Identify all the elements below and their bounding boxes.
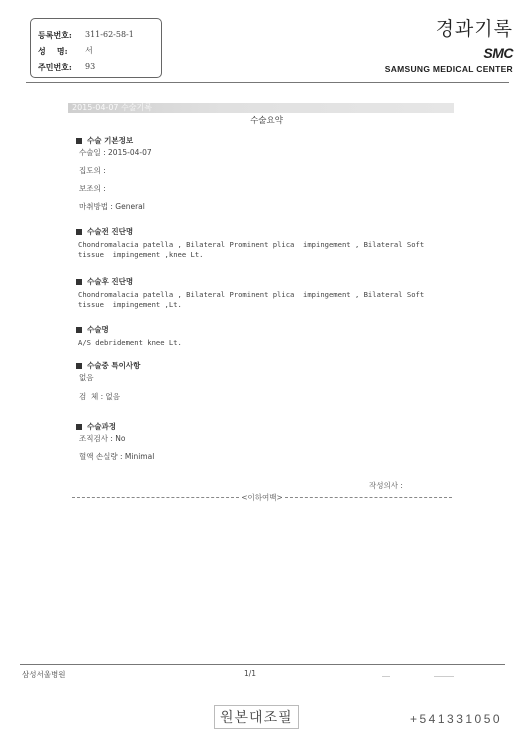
dash-right	[285, 497, 452, 498]
section-heading: 수술후 진단명	[87, 276, 133, 287]
section-basic-info: 수술 기본정보 수술일 : 2015-04-07 집도의 : 보조의 : 마취방…	[76, 135, 152, 215]
section-preop-diagnosis: 수술전 진단명 Chondromalacia patella , Bilater…	[76, 226, 456, 260]
dash-left	[72, 497, 239, 498]
registration-value: 311-62-58-1	[85, 27, 134, 43]
section-intraop-notes: 수술중 특이사항 없음 검 체 : 없음	[76, 360, 140, 405]
intraop-note: 없음	[79, 370, 140, 386]
document-number: +541331050	[410, 712, 502, 726]
footer-mark	[434, 676, 454, 677]
bullet-square-icon	[76, 424, 82, 430]
record-banner: 2015-04-07 수술기록	[68, 103, 454, 113]
name-label: 성 명:	[38, 43, 85, 59]
registration-label: 등록번호:	[38, 27, 85, 43]
preop-line-2: tissue impingement ,knee Lt.	[78, 250, 456, 260]
postop-line-1: Chondromalacia patella , Bilateral Promi…	[78, 290, 456, 300]
blood-loss: 혈액 손실량 : Minimal	[79, 449, 154, 465]
header-divider	[26, 82, 509, 83]
section-procedure: 수술명 A/S debridement knee Lt.	[76, 324, 182, 348]
specimen: 검 체 : 없음	[79, 389, 140, 405]
assistant: 보조의 :	[79, 181, 152, 197]
bullet-square-icon	[76, 138, 82, 144]
banner-text: 2015-04-07 수술기록	[72, 103, 152, 113]
page-number: 1/1	[244, 669, 256, 678]
resident-label: 주민번호:	[38, 59, 85, 75]
author-label: 작성의사 :	[369, 480, 403, 491]
section-postop-diagnosis: 수술후 진단명 Chondromalacia patella , Bilater…	[76, 276, 456, 310]
bullet-square-icon	[76, 279, 82, 285]
end-of-record-line: <이하여백>	[72, 492, 452, 503]
anesthesia: 마취방법 : General	[79, 199, 152, 215]
postop-line-2: tissue impingement ,Lt.	[78, 300, 456, 310]
footer-hospital: 삼성서울병원	[22, 669, 65, 680]
name-value: 서	[85, 43, 93, 59]
summary-title: 수술요약	[0, 114, 523, 126]
bullet-square-icon	[76, 327, 82, 333]
surgery-date: 수술일 : 2015-04-07	[79, 145, 152, 161]
end-marker: <이하여백>	[239, 492, 285, 503]
hospital-name: SAMSUNG MEDICAL CENTER	[385, 64, 513, 74]
procedure-name: A/S debridement knee Lt.	[78, 338, 182, 348]
document-title: 경과기록	[436, 14, 513, 41]
surgeon: 집도의 :	[79, 163, 152, 179]
preop-line-1: Chondromalacia patella , Bilateral Promi…	[78, 240, 456, 250]
section-heading: 수술중 특이사항	[87, 360, 140, 371]
bullet-square-icon	[76, 363, 82, 369]
bullet-square-icon	[76, 229, 82, 235]
biopsy: 조직검사 : No	[79, 431, 154, 447]
smc-logo: SMC	[483, 45, 513, 61]
section-heading: 수술전 진단명	[87, 226, 133, 237]
original-copy-stamp: 원본대조필	[214, 705, 299, 729]
resident-value: 93	[85, 59, 95, 75]
footer-mark	[382, 676, 390, 677]
section-process: 수술과정 조직검사 : No 혈액 손실량 : Minimal	[76, 421, 154, 465]
section-heading: 수술명	[87, 324, 109, 335]
patient-info-box: 등록번호:311-62-58-1 성 명:서 주민번호:93	[30, 18, 162, 78]
footer-divider	[20, 664, 505, 665]
